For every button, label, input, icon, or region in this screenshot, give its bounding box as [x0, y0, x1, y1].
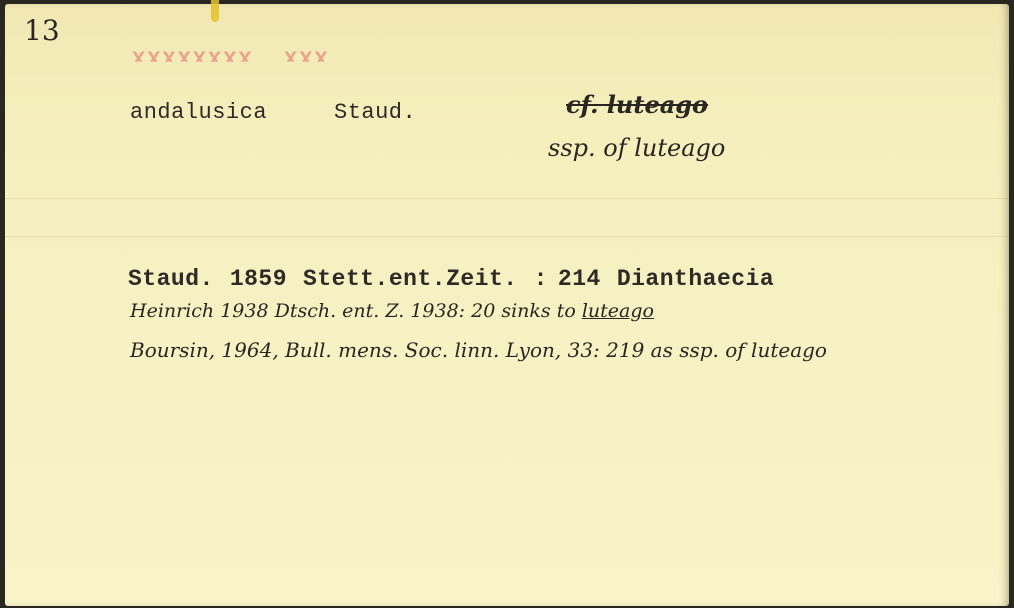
citation-line: Staud. 1859 Stett.ent.Zeit. : 214 Dianth… — [128, 266, 774, 292]
species-author: Staud. — [334, 100, 416, 125]
citation-genus: Dianthaecia — [617, 266, 774, 292]
citation-year: 1859 — [230, 266, 287, 292]
citation-separator: : — [534, 266, 548, 292]
card-rule-line — [5, 198, 1009, 199]
note-emphasis: luteago — [582, 300, 654, 322]
citation-journal: Stett.ent.Zeit. — [303, 266, 518, 292]
yellow-tab-mark — [211, 0, 219, 22]
citation-author: Staud. — [128, 266, 214, 292]
struck-annotation: cf. luteago — [566, 90, 708, 119]
annotation-correction: ssp. of luteago — [548, 134, 725, 162]
handwritten-note-boursin: Boursin, 1964, Bull. mens. Soc. linn. Ly… — [130, 338, 827, 362]
handwritten-note-heinrich: Heinrich 1938 Dtsch. ent. Z. 1938: 20 si… — [130, 300, 654, 322]
note-text: Heinrich 1938 Dtsch. ent. Z. 1938: 20 si… — [130, 300, 582, 322]
citation-page: 214 — [558, 266, 601, 292]
species-name: andalusica — [130, 100, 267, 125]
card-rule-line — [5, 236, 1009, 237]
corner-number: 13 — [24, 14, 60, 47]
